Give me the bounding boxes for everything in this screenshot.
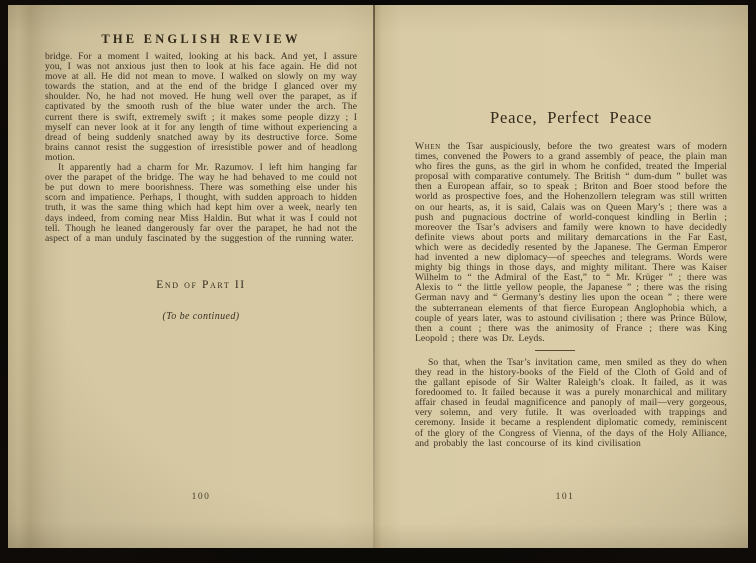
scanned-book-spread: THE ENGLISH REVIEW bridge. For a moment … <box>0 0 756 563</box>
left-page-body: bridge. For a moment I waited, looking a… <box>45 52 357 244</box>
paragraph: When the Tsar auspiciously, before the t… <box>415 142 727 344</box>
to-be-continued-note: (To be continued) <box>45 311 357 322</box>
end-of-part-note: End of Part II <box>45 279 357 291</box>
chapter-title: Peace, Perfect Peace <box>415 108 727 128</box>
paragraph: It apparently had a charm for Mr. Razumo… <box>45 163 357 244</box>
page-number-left: 100 <box>45 492 357 502</box>
running-head: THE ENGLISH REVIEW <box>45 32 357 47</box>
page-number-right: 101 <box>415 492 715 502</box>
paragraph-text: the Tsar auspiciously, before the two gr… <box>415 141 727 344</box>
right-page: Peace, Perfect Peace When the Tsar auspi… <box>375 5 748 548</box>
left-page: THE ENGLISH REVIEW bridge. For a moment … <box>8 5 375 548</box>
paragraph: bridge. For a moment I waited, looking a… <box>45 52 357 163</box>
paragraph: So that, when the Tsar’s invitation came… <box>415 358 727 449</box>
right-page-body: When the Tsar auspiciously, before the t… <box>415 142 727 449</box>
section-divider-rule <box>535 350 575 351</box>
